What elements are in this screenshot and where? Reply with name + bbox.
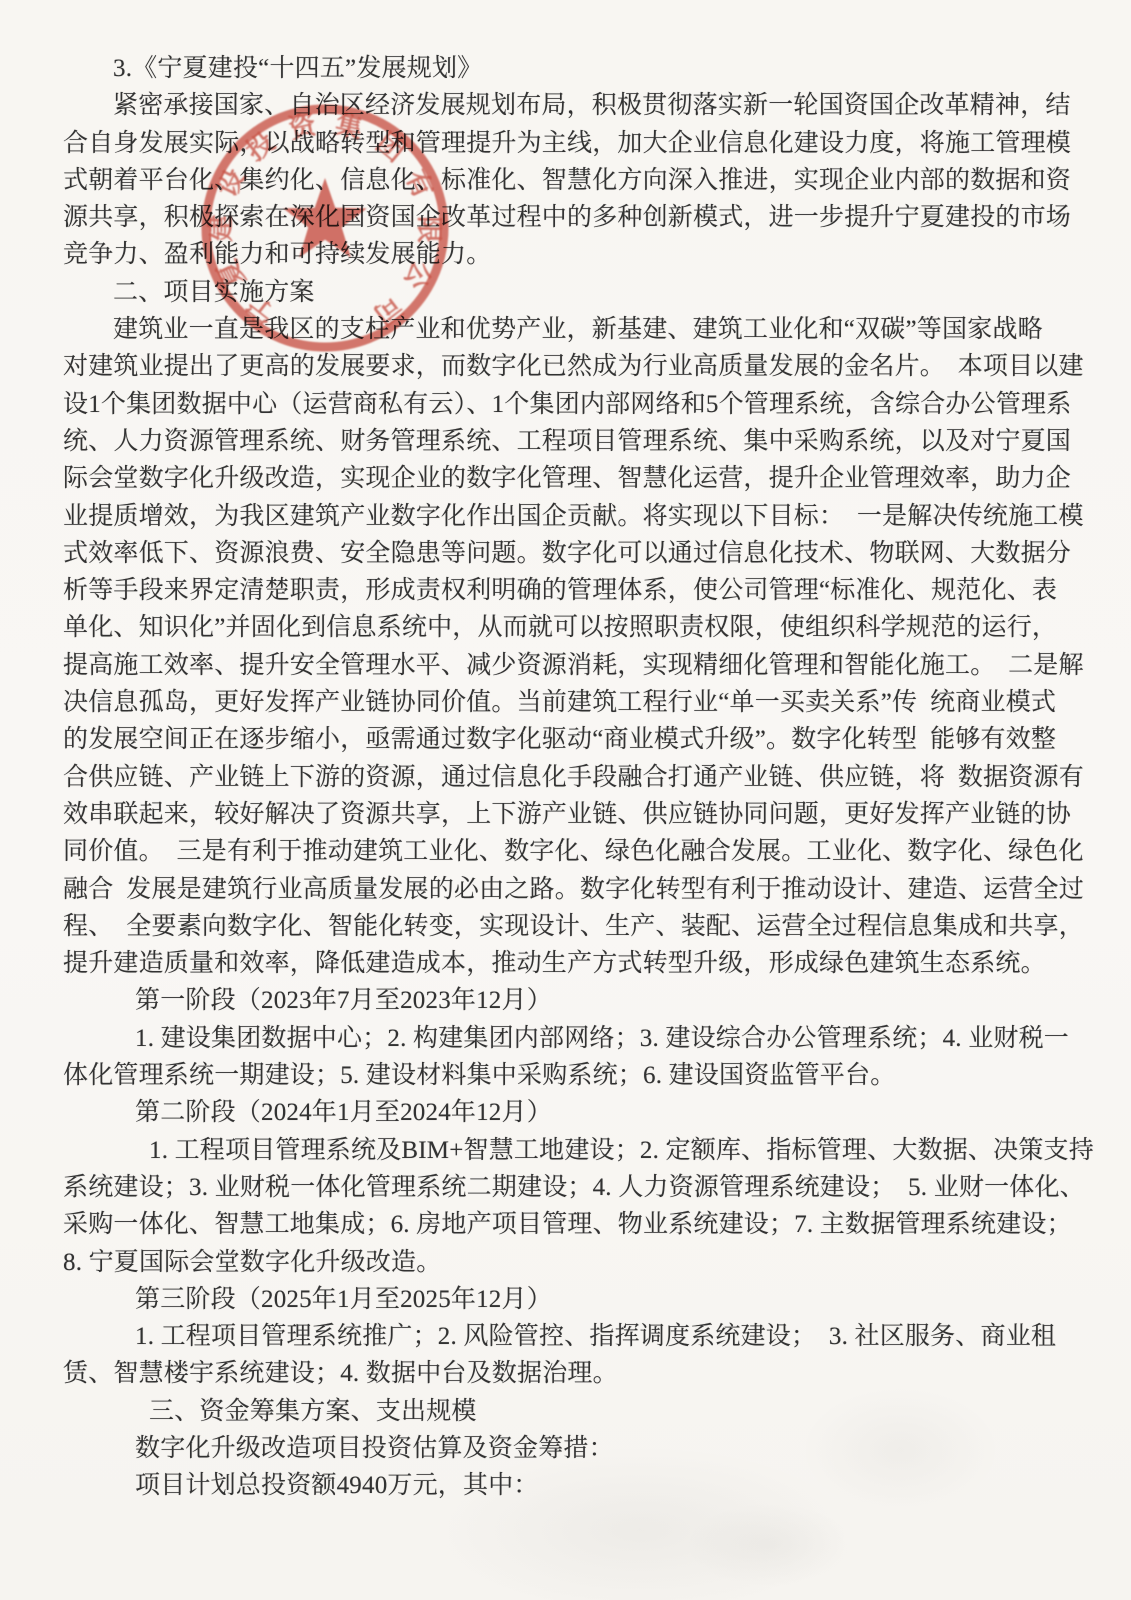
text-line: 业提质增效，为我区建筑产业数字化作出国企贡献。将实现以下目标： 一是解决传统施工… — [63, 498, 1073, 535]
text-line: 1. 建设集团数据中心；2. 构建集团内部网络；3. 建设综合办公管理系统；4.… — [63, 1020, 1073, 1057]
text-line: 单化、知识化”并固化到信息系统中，从而就可以按照职责权限，使组织科学规范的运行， — [63, 609, 1073, 646]
text-line: 三、资金筹集方案、支出规模 — [63, 1393, 1073, 1430]
text-line: 项目计划总投资额4940万元，其中： — [63, 1467, 1073, 1504]
text-line: 融合 发展是建筑行业高质量发展的必由之路。数字化转型有利于推动设计、建造、运营全… — [63, 871, 1073, 908]
text-line: 提高施工效率、提升安全管理水平、减少资源消耗，实现精细化管理和智能化施工。 二是… — [63, 647, 1073, 684]
text-line: 系统建设；3. 业财税一体化管理系统二期建设；4. 人力资源管理系统建设； 5.… — [63, 1169, 1073, 1206]
text-line: 8. 宁夏国际会堂数字化升级改造。 — [63, 1244, 1073, 1281]
text-line: 3.《宁夏建投“十四五”发展规划》 — [63, 50, 1073, 87]
text-line: 紧密承接国家、自治区经济发展规划布局，积极贯彻落实新一轮国资国企改革精神，结 — [63, 87, 1073, 124]
text-line: 建筑业一直是我区的支柱产业和优势产业，新基建、建筑工业化和“双碳”等国家战略 — [63, 311, 1073, 348]
text-line: 第二阶段（2024年1月至2024年12月） — [63, 1094, 1073, 1131]
text-line: 提升建造质量和效率，降低建造成本，推动生产方式转型升级，形成绿色建筑生态系统。 — [63, 945, 1073, 982]
text-line: 采购一体化、智慧工地集成；6. 房地产项目管理、物业系统建设；7. 主数据管理系… — [63, 1206, 1073, 1243]
text-line: 决信息孤岛，更好发挥产业链协同价值。当前建筑工程行业“单一买卖关系”传 统商业模… — [63, 684, 1073, 721]
scanned-document-page: 3.《宁夏建投“十四五”发展规划》紧密承接国家、自治区经济发展规划布局，积极贯彻… — [0, 0, 1131, 1600]
text-line: 第三阶段（2025年1月至2025年12月） — [63, 1281, 1073, 1318]
text-line: 际会堂数字化升级改造，实现企业的数字化管理、智慧化运营，提升企业管理效率，助力企 — [63, 460, 1073, 497]
text-line: 效串联起来，较好解决了资源共享，上下游产业链、供应链协同问题，更好发挥产业链的协 — [63, 796, 1073, 833]
text-line: 合自身发展实际，以战略转型和管理提升为主线，加大企业信息化建设力度，将施工管理模 — [63, 125, 1073, 162]
text-line: 统、人力资源管理系统、财务管理系统、工程项目管理系统、集中采购系统，以及对宁夏国 — [63, 423, 1073, 460]
document-body: 3.《宁夏建投“十四五”发展规划》紧密承接国家、自治区经济发展规划布局，积极贯彻… — [63, 50, 1073, 1505]
text-line: 同价值。 三是有利于推动建筑工业化、数字化、绿色化融合发展。工业化、数字化、绿色… — [63, 833, 1073, 870]
text-line: 1. 工程项目管理系统及BIM+智慧工地建设；2. 定额库、指标管理、大数据、决… — [63, 1132, 1073, 1169]
text-line: 源共享，积极探索在深化国资国企改革过程中的多种创新模式，进一步提升宁夏建投的市场 — [63, 199, 1073, 236]
text-line: 1. 工程项目管理系统推广；2. 风险管控、指挥调度系统建设； 3. 社区服务、… — [63, 1318, 1073, 1355]
text-line: 数字化升级改造项目投资估算及资金筹措： — [63, 1430, 1073, 1467]
text-line: 赁、智慧楼宇系统建设；4. 数据中台及数据治理。 — [63, 1355, 1073, 1392]
text-line: 二、项目实施方案 — [63, 274, 1073, 311]
text-line: 式效率低下、资源浪费、安全隐患等问题。数字化可以通过信息化技术、物联网、大数据分 — [63, 535, 1073, 572]
text-line: 第一阶段（2023年7月至2023年12月） — [63, 982, 1073, 1019]
text-line: 对建筑业提出了更高的发展要求，而数字化已然成为行业高质量发展的金名片。 本项目以… — [63, 348, 1073, 385]
text-line: 程、 全要素向数字化、智能化转变，实现设计、生产、装配、运营全过程信息集成和共享… — [63, 908, 1073, 945]
text-line: 合供应链、产业链上下游的资源，通过信息化手段融合打通产业链、供应链，将 数据资源… — [63, 759, 1073, 796]
text-line: 式朝着平台化、集约化、信息化、标准化、智慧化方向深入推进，实现企业内部的数据和资 — [63, 162, 1073, 199]
text-line: 竞争力、盈利能力和可持续发展能力。 — [63, 236, 1073, 273]
text-line: 析等手段来界定清楚职责，形成责权利明确的管理体系，使公司管理“标准化、规范化、表 — [63, 572, 1073, 609]
text-line: 设1个集团数据中心（运营商私有云）、1个集团内部网络和5个管理系统，含综合办公管… — [63, 386, 1073, 423]
text-line: 体化管理系统一期建设；5. 建设材料集中采购系统；6. 建设国资监管平台。 — [63, 1057, 1073, 1094]
text-line: 的发展空间正在逐步缩小，亟需通过数字化驱动“商业模式升级”。数字化转型 能够有效… — [63, 721, 1073, 758]
